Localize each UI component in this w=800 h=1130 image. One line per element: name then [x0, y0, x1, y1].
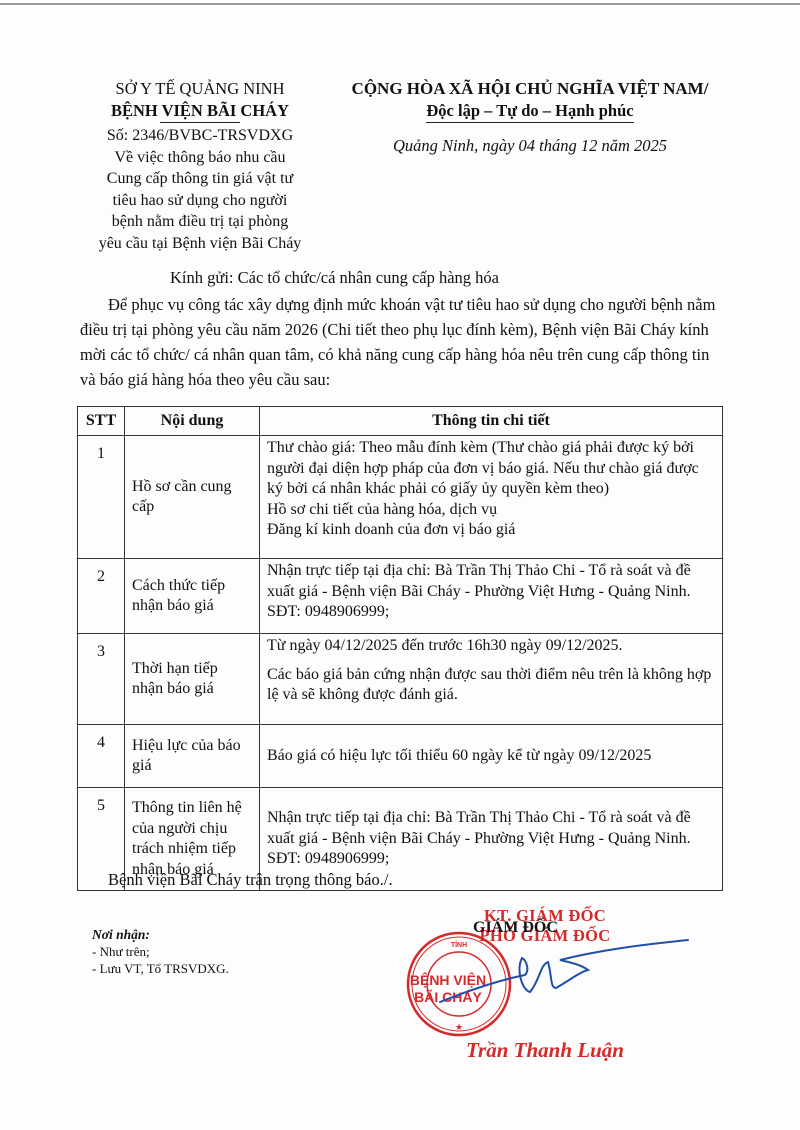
subject-line: tiêu hao sử dụng cho người — [70, 190, 330, 212]
signer-name: Trần Thanh Luận — [466, 1038, 624, 1063]
recipients-title: Nơi nhận: — [92, 926, 229, 943]
row-content: Cách thức tiếp nhận báo giá — [125, 559, 260, 634]
closing-statement: Bệnh viện Bãi Cháy trân trọng thông báo.… — [108, 870, 393, 890]
intro-paragraph: Để phục vụ công tác xây dựng định mức kh… — [80, 292, 726, 392]
row-details: Báo giá có hiệu lực tối thiểu 60 ngày kể… — [260, 725, 723, 788]
recipients-block: Nơi nhận: - Như trên; - Lưu VT, Tổ TRSVD… — [92, 926, 229, 977]
table-row: 1 Hồ sơ cần cung cấp Thư chào giá: Theo … — [78, 436, 723, 559]
table-row: 3 Thời hạn tiếp nhận báo giá Từ ngày 04/… — [78, 634, 723, 725]
subject-line: yêu cầu tại Bệnh viện Bãi Cháy — [70, 233, 330, 255]
row-number: 1 — [78, 436, 125, 559]
detail-line: Nhận trực tiếp tại địa chỉ: Bà Trần Thị … — [267, 808, 715, 870]
document-number: Số: 2346/BVBC-TRSVDXG — [70, 125, 330, 147]
row-number: 3 — [78, 634, 125, 725]
row-content: Thời hạn tiếp nhận báo giá — [125, 634, 260, 725]
scan-top-edge — [0, 3, 800, 5]
subject-line: Về việc thông báo nhu cầu — [70, 147, 330, 169]
row-number: 4 — [78, 725, 125, 788]
detail-line: Thư chào giá: Theo mẫu đính kèm (Thư chà… — [267, 438, 715, 500]
row-number: 2 — [78, 559, 125, 634]
detail-line: Nhận trực tiếp tại địa chỉ: Bà Trần Thị … — [267, 561, 715, 623]
table-header-row: STT Nội dung Thông tin chi tiết — [78, 407, 723, 436]
requirements-table: STT Nội dung Thông tin chi tiết 1 Hồ sơ … — [77, 406, 723, 891]
signature-block: KT. GIÁM ĐỐC PHÓ GIÁM ĐỐC GIÁM ĐỐC TỈNH … — [400, 890, 740, 1080]
detail-line: Từ ngày 04/12/2025 đến trước 16h30 ngày … — [267, 636, 715, 657]
row-details: Từ ngày 04/12/2025 đến trước 16h30 ngày … — [260, 634, 723, 725]
recipient-item: - Lưu VT, Tổ TRSVDXG. — [92, 960, 229, 977]
detail-line: Đăng kí kinh doanh của đơn vị báo giá — [267, 520, 715, 541]
row-details: Thư chào giá: Theo mẫu đính kèm (Thư chà… — [260, 436, 723, 559]
column-header-details: Thông tin chi tiết — [260, 407, 723, 436]
department-name: SỞ Y TẾ QUẢNG NINH — [70, 78, 330, 100]
detail-line: Hồ sơ chi tiết của hàng hóa, dịch vụ — [267, 500, 715, 521]
national-motto: Độc lập – Tự do – Hạnh phúc — [426, 100, 633, 123]
national-header: CỘNG HÒA XÃ HỘI CHỦ NGHĨA VIỆT NAM/ Độc … — [330, 78, 730, 156]
recipient-item: - Như trên; — [92, 943, 229, 960]
handwritten-signature-icon — [430, 930, 690, 1010]
row-content: Hồ sơ cần cung cấp — [125, 436, 260, 559]
column-header-content: Nội dung — [125, 407, 260, 436]
greeting: Kính gửi: Các tổ chức/cá nhân cung cấp h… — [170, 268, 499, 288]
nation-name: CỘNG HÒA XÃ HỘI CHỦ NGHĨA VIỆT NAM/ — [330, 78, 730, 100]
row-content: Hiệu lực của báo giá — [125, 725, 260, 788]
place-date: Quảng Ninh, ngày 04 tháng 12 năm 2025 — [330, 136, 730, 156]
detail-line: Báo giá có hiệu lực tối thiểu 60 ngày kể… — [267, 746, 715, 767]
issuer-underline — [160, 122, 240, 123]
hospital-name: BỆNH VIỆN BÃI CHÁY — [70, 100, 330, 122]
svg-text:★: ★ — [455, 1022, 463, 1032]
subject-line: Cung cấp thông tin giá vật tư — [70, 168, 330, 190]
table-row: 4 Hiệu lực của báo giá Báo giá có hiệu l… — [78, 725, 723, 788]
detail-line: Các báo giá bản cứng nhận được sau thời … — [267, 665, 715, 706]
issuer-block: SỞ Y TẾ QUẢNG NINH BỆNH VIỆN BÃI CHÁY Số… — [70, 78, 330, 254]
table-row: 2 Cách thức tiếp nhận báo giá Nhận trực … — [78, 559, 723, 634]
column-header-stt: STT — [78, 407, 125, 436]
row-details: Nhận trực tiếp tại địa chỉ: Bà Trần Thị … — [260, 559, 723, 634]
subject-line: bệnh nằm điều trị tại phòng — [70, 211, 330, 233]
